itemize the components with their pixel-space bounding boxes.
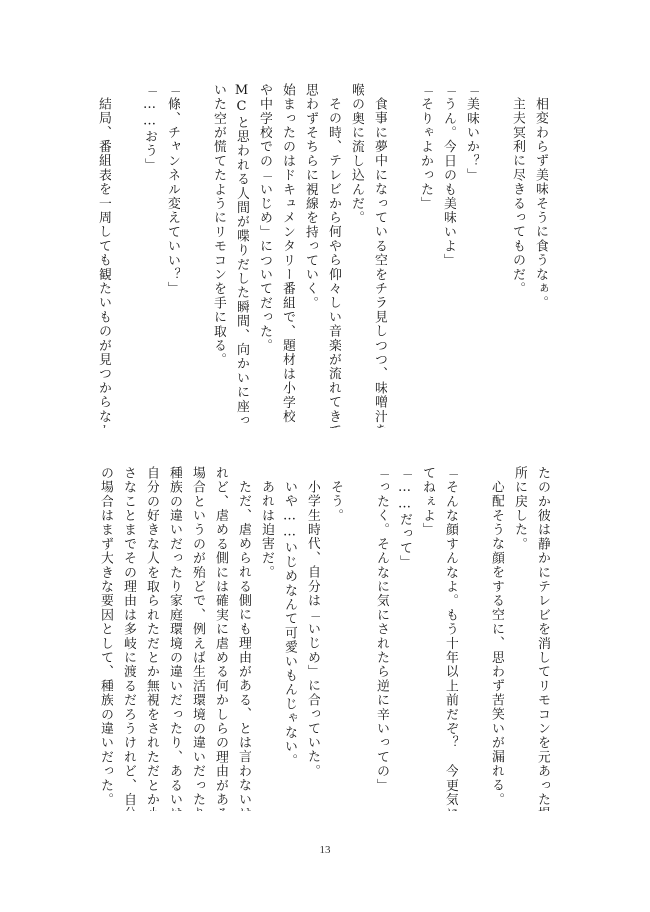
document-page: 相変わらず美味そうに食うなぁ。 主夫冥利に尽きるってものだ。 「美味いか？」 「… — [0, 0, 650, 912]
dialogue-column: 「……だって」 — [396, 466, 412, 811]
text-column: いや……いじめなんて可愛いもんじゃない。 — [281, 466, 297, 811]
text-column: 心配そうな顔をする空に、思わず苦笑いが漏れる。 — [488, 466, 504, 811]
text-column: たのか彼は静かにテレビを消してリモコンを元あった場 — [534, 466, 550, 811]
text-column: MCと思われる人間が喋りだした瞬間、向かいに座って — [233, 83, 249, 428]
dialogue-column: 「ったく。そんなに気にされたら逆に辛いっての」 — [373, 466, 389, 811]
text-column: そう。 — [327, 466, 343, 811]
text-column: 主夫冥利に尽きるってものだ。 — [509, 83, 525, 428]
text-column: 相変わらず美味そうに食うなぁ。 — [532, 83, 548, 428]
text-column: 所に戻した。 — [511, 466, 527, 811]
text-column: さなことまでその理由は多岐に渡るだろうけれど、自分 — [120, 466, 136, 811]
page-number: 13 — [310, 844, 340, 856]
dialogue-column: 「……おう」 — [141, 83, 157, 428]
upper-text-block: 相変わらず美味そうに食うなぁ。 主夫冥利に尽きるってものだ。 「美味いか？」 「… — [0, 83, 650, 428]
text-column: 自分の好きな人を取られただとか無視をされただとか小 — [143, 466, 159, 811]
blank-column — [350, 466, 366, 811]
blank-column — [486, 83, 502, 428]
text-column: 始まったのはドキュメンタリー番組で、題材は小学校 — [279, 83, 295, 428]
dialogue-column: 「條、チャンネル変えていい？」 — [164, 83, 180, 428]
text-column: れど、虐める側には確実に虐める何かしらの理由がある — [212, 466, 228, 811]
text-column: 喉の奥に流し込んだ。 — [348, 83, 364, 428]
text-column: 種族の違いだったり家庭環境の違いだったり、あるいは — [166, 466, 182, 811]
text-column: や中学校での「いじめ」についてだった。 — [256, 83, 272, 428]
text-column: あれは迫害だ。 — [258, 466, 274, 811]
blank-column — [465, 466, 481, 811]
text-column: 場合というのが殆どで、例えば生活環境の違いだったり — [189, 466, 205, 811]
dialogue-column: 「そりゃよかった」 — [417, 83, 433, 428]
text-column: 思わずそちらに視線を持っていく。 — [302, 83, 318, 428]
dialogue-column: 「そんな顔すんなよ。もう十年以上前だぞ？ 今更気にし — [442, 466, 458, 811]
text-column: の場合はまず大きな要因として、種族の違いだった。 — [97, 466, 113, 811]
text-column: ただ、虐められる側にも理由がある、とは言わないけ — [235, 466, 251, 811]
blank-column — [187, 83, 203, 428]
text-column: いた空が慌てたようにリモコンを手に取る。 — [210, 83, 226, 428]
blank-column — [118, 83, 134, 428]
text-column: 食事に夢中になっている空をチラ見しつつ、味噌汁を — [371, 83, 387, 428]
text-column: 小学生時代、自分は「いじめ」に合っていた。 — [304, 466, 320, 811]
text-column: その時、テレビから何やら仰々しい音楽が流れてきて — [325, 83, 341, 428]
text-column: 結局、番組表を一周しても観たいものが見つからなかっ — [95, 83, 111, 428]
blank-column — [394, 83, 410, 428]
dialogue-column: 「美味いか？」 — [463, 83, 479, 428]
dialogue-column: てねぇよ」 — [419, 466, 435, 811]
lower-text-block: たのか彼は静かにテレビを消してリモコンを元あった場 所に戻した。 心配そうな顔を… — [0, 466, 650, 811]
dialogue-column: 「うん。今日のも美味いよ」 — [440, 83, 456, 428]
